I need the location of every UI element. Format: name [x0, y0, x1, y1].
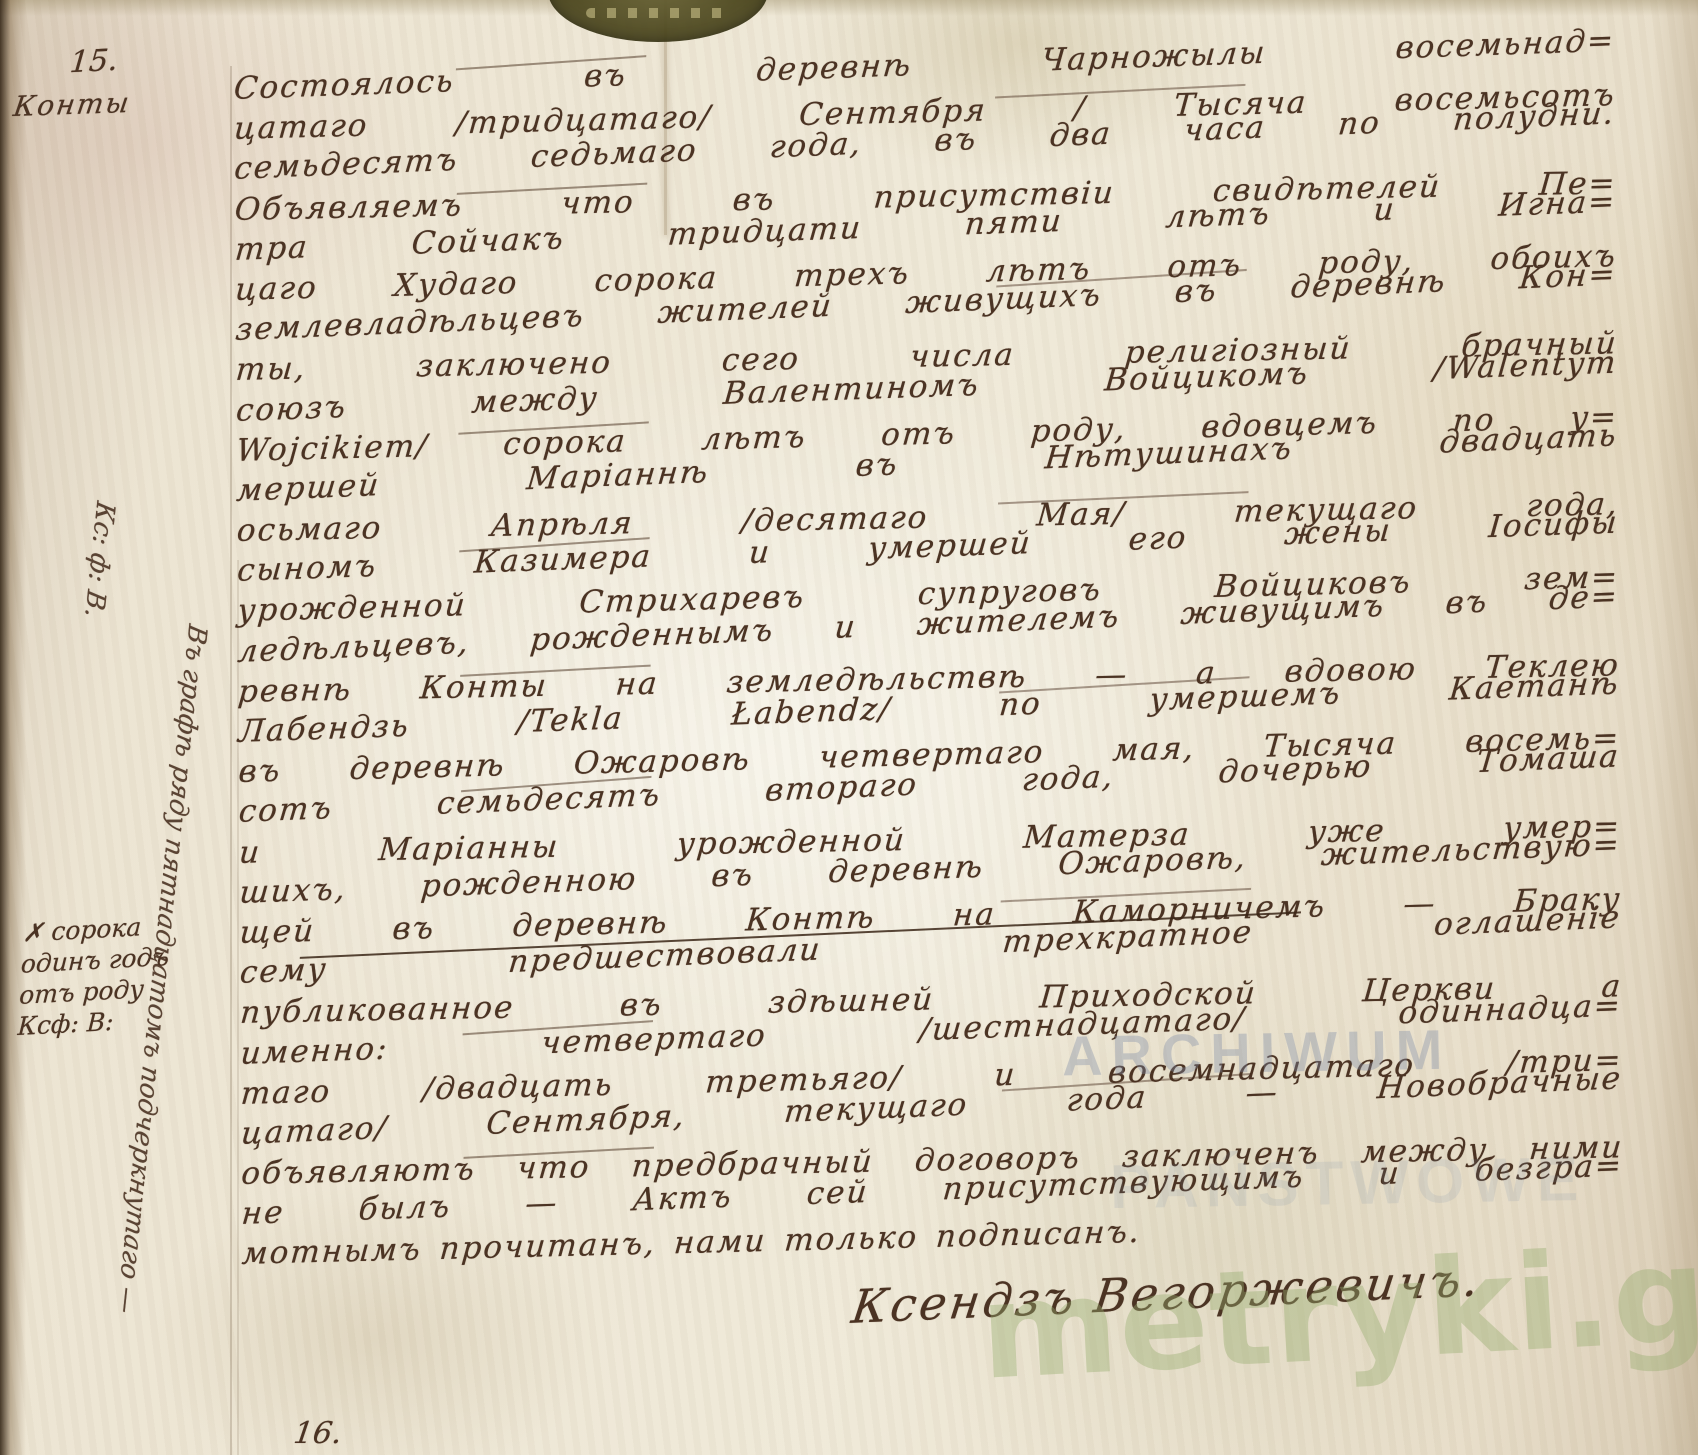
margin-village-label: Конты [11, 86, 133, 123]
page-right-edge-shadow [1652, 0, 1698, 1455]
margin-rule-line [230, 66, 232, 1455]
priest-initials-note: Кс: ф: В. [78, 499, 120, 621]
margin-insertion-note: ✗ сорока одинъ годъ отъ роду Ксф: В: [17, 906, 243, 1042]
record-number: 15. [68, 43, 119, 80]
next-record-number: 16. [292, 1416, 345, 1451]
act-body-text: Состоялось въ деревнѣ Чарножылы восемьна… [234, 59, 1624, 1274]
page-top-edge-shadow [0, 0, 1698, 16]
scanned-register-page: 15. Конты Въ графѣ ряду пятнадцатомъ под… [0, 0, 1698, 1455]
binding-gutter-shadow [0, 0, 26, 1455]
partial-ink-stamp [548, 0, 768, 42]
